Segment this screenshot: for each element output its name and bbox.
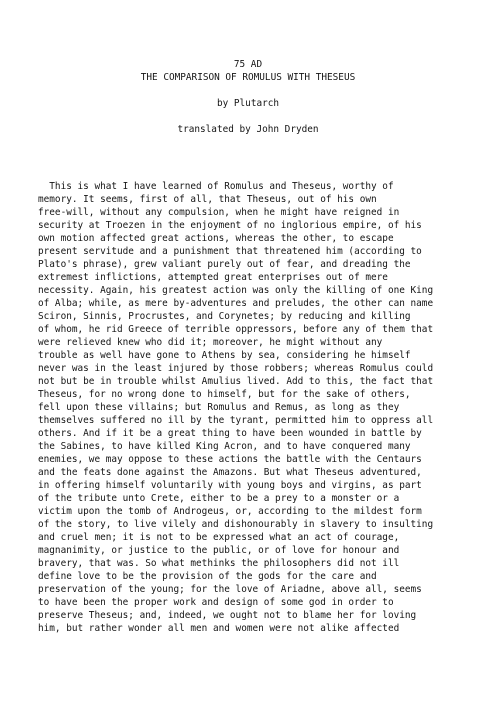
author-line: by Plutarch — [0, 97, 496, 110]
document-header: 75 AD THE COMPARISON OF ROMULUS WITH THE… — [0, 0, 496, 136]
date-line: 75 AD — [0, 58, 496, 71]
document-page: 75 AD THE COMPARISON OF ROMULUS WITH THE… — [0, 0, 496, 702]
document-body-text: This is what I have learned of Romulus a… — [38, 180, 496, 635]
translator-line: translated by John Dryden — [0, 123, 496, 136]
document-title: THE COMPARISON OF ROMULUS WITH THESEUS — [0, 71, 496, 84]
blank-line — [0, 110, 496, 123]
blank-line — [0, 84, 496, 97]
